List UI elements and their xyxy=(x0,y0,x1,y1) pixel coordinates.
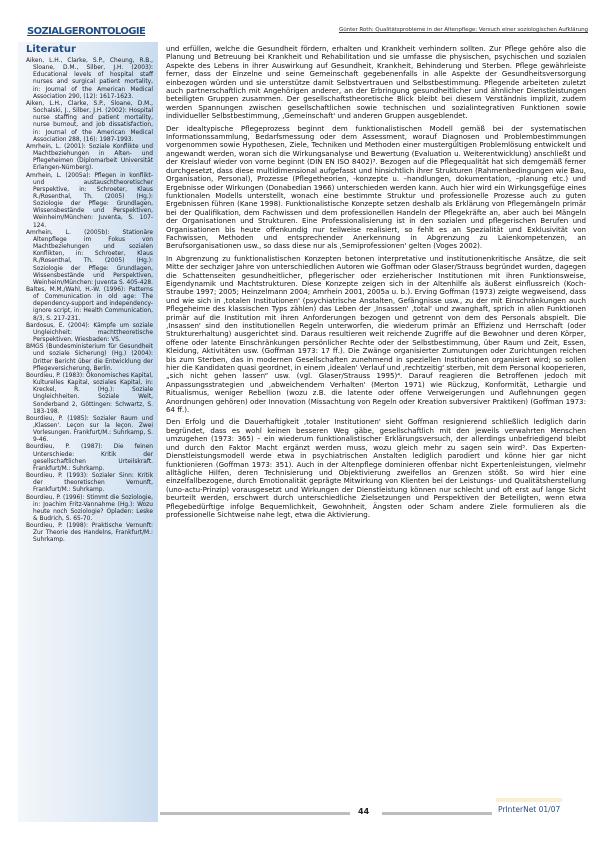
reference-item: Amrhein, L. (2001): Soziale Konflikte un… xyxy=(26,144,153,173)
reference-item: Bourdieu, P. (1998): Praktische Vernunft… xyxy=(26,523,153,544)
main-text: und erfüllen, welche die Gesundheit förd… xyxy=(166,45,586,523)
reference-list: Aiken, L.H., Clarke, S.P., Cheung, R.B.,… xyxy=(26,58,153,545)
section-tag: Sozialgerontologie xyxy=(27,26,145,37)
footer-rule-right xyxy=(382,812,492,815)
page-number: 44 xyxy=(358,807,369,816)
journal-accent-bar xyxy=(496,798,562,802)
reference-item: Amrhein, L. (2005a): Pflegen in konflikt… xyxy=(26,173,153,230)
footer-rule-left xyxy=(160,812,350,815)
reference-item: Baltes, M.M./Wahl, H.-W. (1996): Pattern… xyxy=(26,287,153,323)
reference-item: Bardosus, E. (2004): Kämpfe um soziale U… xyxy=(26,323,153,344)
reference-item: Bourdieu, P. (1987): Die feinen Untersch… xyxy=(26,444,153,473)
reference-item: Aiken, L.H., Clarke, S.P., Cheung, R.B.,… xyxy=(26,58,153,101)
reference-item: Bourdieu, P. (1993): Sozialer Sinn: Krit… xyxy=(26,473,153,494)
reference-item: Amrhein, L. (2005b): Stationäre Altenpfl… xyxy=(26,230,153,287)
journal-issue: PrInterNet 01/07 xyxy=(498,805,560,814)
literature-heading: Literatur xyxy=(26,44,76,55)
reference-item: Bourdieu, P. (1996): Stimmt die Soziolog… xyxy=(26,495,153,524)
reference-item: BMGS (Bundesministerium für Gesundheit u… xyxy=(26,344,153,373)
paragraph: und erfüllen, welche die Gesundheit förd… xyxy=(166,45,586,121)
paragraph: In Abgrenzung zu funktionalistischen Kon… xyxy=(166,255,586,415)
reference-item: Bourdieu, P. (1983): Ökonomisches Kapita… xyxy=(26,373,153,416)
paragraph: Der idealtypische Pflegeprozess beginnt … xyxy=(166,125,586,251)
running-head: Günter Roth: Qualitätsprobleme in der Al… xyxy=(210,27,588,33)
reference-item: Bourdieu, P. (1985): Sozialer Raum und ‚… xyxy=(26,416,153,445)
reference-item: Aiken, L.H., Clarke, S.P., Sloane, D.M.,… xyxy=(26,101,153,144)
paragraph: Den Erfolg und die Dauerhaftigkeit ‚tota… xyxy=(166,418,586,519)
